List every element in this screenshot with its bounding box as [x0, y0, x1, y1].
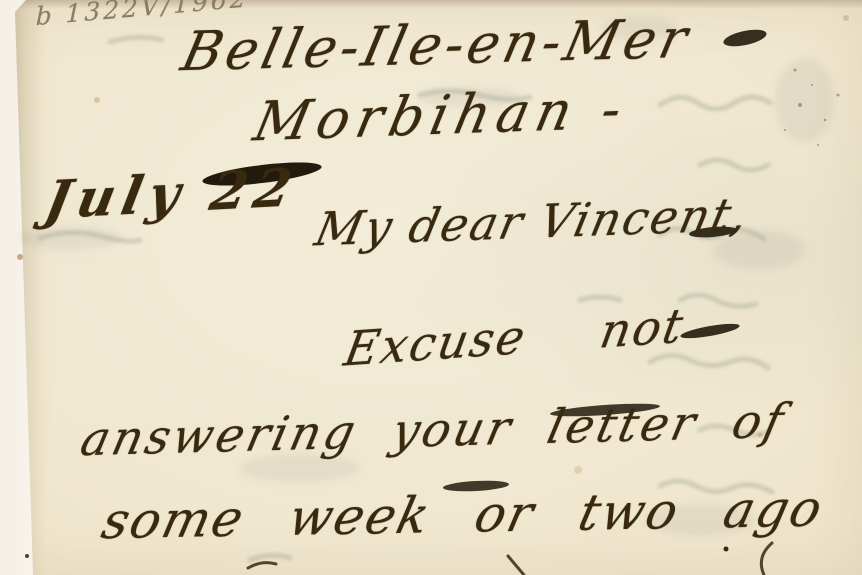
scanned-letter: b 1322V/1962 Belle-Ile-en-Mer Morbihan -…	[0, 0, 862, 575]
heading-region-line: Morbihan -	[249, 77, 635, 154]
